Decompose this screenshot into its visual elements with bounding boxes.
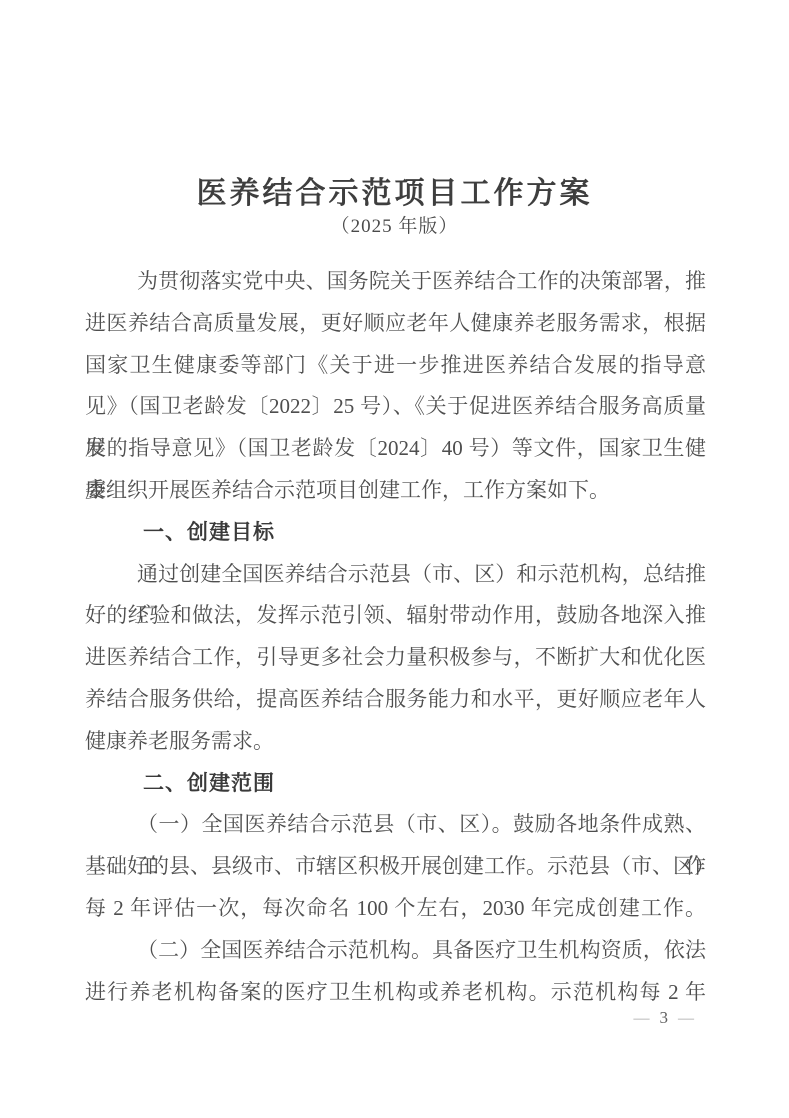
body-line: 进行养老机构备案的医疗卫生机构或养老机构。示范机构每 2 年: [85, 972, 706, 1014]
footer-dash-right: —: [668, 1010, 704, 1027]
body-line: 通过创建全国医养结合示范县（市、区）和示范机构，总结推广: [85, 554, 706, 596]
body-line: 展的指导意见》（国卫老龄发〔2024〕40 号）等文件，国家卫生健康: [85, 428, 706, 470]
footer-dash-left: —: [624, 1010, 660, 1027]
document-page: 医养结合示范项目工作方案 （2025 年版） 为贯彻落实党中央、国务院关于医养结…: [0, 0, 789, 1118]
body-line: 每 2 年评估一次，每次命名 100 个左右，2030 年完成创建工作。: [85, 888, 706, 930]
body-line: 基础好的县、县级市、市辖区积极开展创建工作。示范县（市、区）: [85, 846, 706, 888]
body-line: 国家卫生健康委等部门《关于进一步推进医养结合发展的指导意: [85, 345, 706, 387]
section-heading: 一、创建目标: [85, 512, 706, 554]
body-line: 进医养结合工作，引导更多社会力量积极参与，不断扩大和优化医: [85, 637, 706, 679]
body-line: 进医养结合高质量发展，更好顺应老年人健康养老服务需求，根据: [85, 303, 706, 345]
body-line: 为贯彻落实党中央、国务院关于医养结合工作的决策部署，推: [85, 261, 706, 303]
section-heading: 二、创建范围: [85, 763, 706, 805]
body-line: （一）全国医养结合示范县（市、区）。鼓励各地条件成熟、工作: [85, 804, 706, 846]
document-subtitle: （2025 年版）: [0, 211, 789, 238]
body-line: 健康养老服务需求。: [85, 721, 706, 763]
body-line: 养结合服务供给，提高医养结合服务能力和水平，更好顺应老年人: [85, 679, 706, 721]
body-line: 委组织开展医养结合示范项目创建工作，工作方案如下。: [85, 470, 706, 512]
document-body: 为贯彻落实党中央、国务院关于医养结合工作的决策部署，推进医养结合高质量发展，更好…: [85, 261, 706, 1013]
page-number: 3: [660, 1008, 669, 1027]
document-title: 医养结合示范项目工作方案: [0, 168, 789, 212]
body-line: 好的经验和做法，发挥示范引领、辐射带动作用，鼓励各地深入推: [85, 595, 706, 637]
body-line: 见》（国卫老龄发〔2022〕25 号）、《关于促进医养结合服务高质量发: [85, 386, 706, 428]
body-line: （二）全国医养结合示范机构。具备医疗卫生机构资质，依法: [85, 930, 706, 972]
page-footer: —3—: [624, 1006, 705, 1031]
